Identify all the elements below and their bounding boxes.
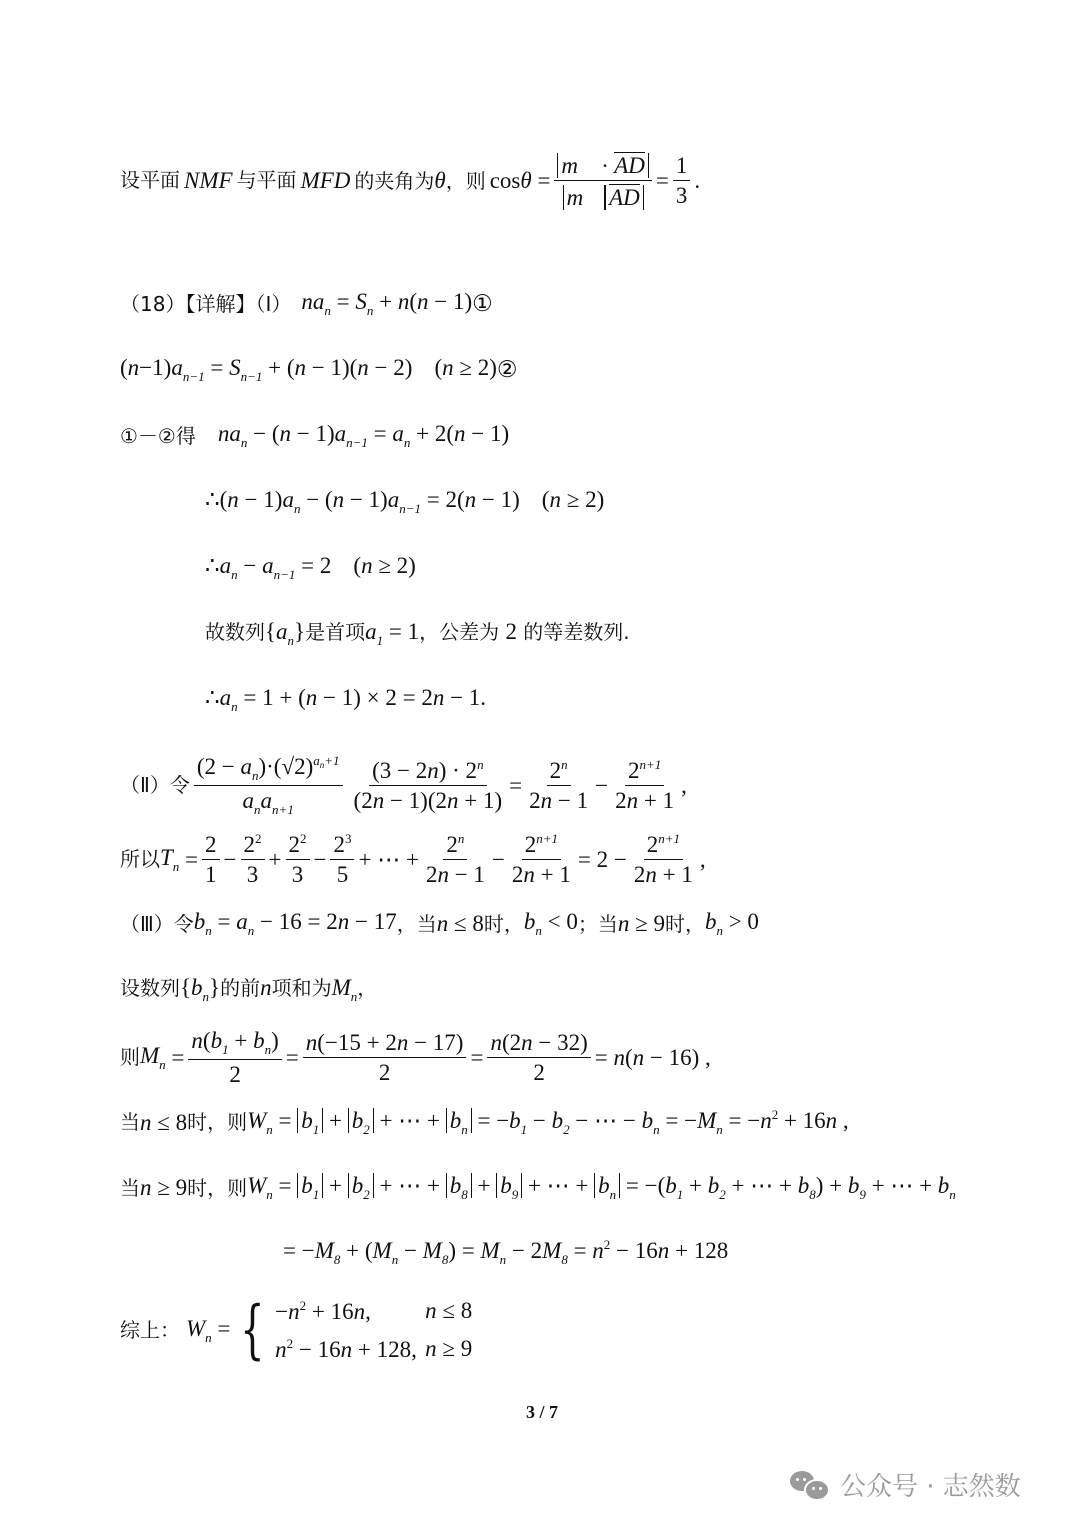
q18-conclusion-line: 故数列{an}是首项a1 = 1，公差为 2 的等差数列. [205,620,630,647]
conclusion: 故数列{an}是首项a1 = 1，公差为 2 的等差数列. [205,620,630,647]
q18-eq5-line: ∴an − an−1 = 2(n ≥ 2) [205,554,416,581]
eq1: nan = Sn + n(n − 1) [301,290,472,317]
eq3: nan − (n − 1)an−1 = an + 2(n − 1) [218,422,509,449]
case2-cont-line: = −M8 + (Mn − M8) = Mn − 2M8 = n2 − 16n … [283,1238,728,1266]
left-brace: { [241,1298,265,1362]
frac1: (2 − an)·(√2)an+1 anan+1 [194,754,343,816]
one-third: 13 [673,154,691,207]
cos-label: cosθ = [490,169,551,192]
eq2: (n−1)an−1 = Sn−1 + (n − 1)(n − 2)(n ≥ 2) [120,356,497,383]
summary-label: 综上： [120,1320,180,1340]
wechat-icon [790,1469,830,1501]
text-prefix: 设平面 [120,170,180,190]
tn-label: 所以 [120,849,160,869]
case1-line: 当n ≤ 8时，则 Wn = b1 + b2 + ⋯ + bn = −b1 − … [120,1108,849,1136]
fraction-denominator: m⃗AD [560,181,647,209]
angle-cosine-line: 设平面 NMF 与平面 MFD 的夹角为θ，则 cosθ = m⃗ · AD m… [120,140,700,220]
summary-line: 综上： Wn = { −n2 + 16n,n ≤ 8 n2 − 16n + 12… [120,1292,472,1368]
eq5: ∴an − an−1 = 2(n ≥ 2) [205,554,416,581]
q18-eq4-line: ∴(n − 1)an − (n − 1)an−1 = 2(n − 1)(n ≥ … [205,488,604,515]
piecewise-cases: −n2 + 16n,n ≤ 8 n2 − 16n + 128,n ≥ 9 [275,1299,472,1361]
q18-eq3-line: ①－②得 nan − (n − 1)an−1 = an + 2(n − 1) [120,422,509,449]
frac3: 2n2n − 1 [526,758,591,812]
tn-line: 所以 Tn = 21− 223+ 223− 235+ ⋯ + 2n2n − 1−… [120,826,706,892]
part3-label: （Ⅲ）令 [120,914,194,934]
part3-def-line: （Ⅲ）令 bn = an − 16 = 2n − 17 ，当n ≤ 8时， bn… [120,910,759,937]
watermark: 公众号 · 志然数 [790,1466,1021,1503]
document-page: 设平面 NMF 与平面 MFD 的夹角为θ，则 cosθ = m⃗ · AD m… [0,0,1080,1526]
eq6: ∴an = 1 + (n − 1) × 2 = 2n − 1. [205,686,486,713]
fraction-numerator: m⃗ · AD [554,152,652,181]
page-number: 3 / 7 [526,1402,558,1423]
circled-1: ① [472,292,493,315]
watermark-text: 公众号 · 志然数 [840,1466,1021,1503]
plane-mfd: MFD [301,169,351,192]
mn-line: 则Mn = n(b1 + bn)2= n(−15 + 2n − 17)2= n(… [120,1026,711,1088]
part2-label: （Ⅱ）令 [120,775,190,795]
text-suffix: 的夹角为θ，则 [354,169,485,192]
q18-eq2-line: (n−1)an−1 = Sn−1 + (n − 1)(n − 2)(n ≥ 2)… [120,356,518,383]
text-mid: 与平面 [237,170,297,190]
period: . [694,169,700,192]
case2-line: 当n ≥ 9时，则 Wn = b1 + b2 + ⋯ + b8 + b9 + ⋯… [120,1174,956,1201]
eq4: ∴(n − 1)an − (n − 1)an−1 = 2(n − 1)(n ≥ … [205,488,604,515]
circled-2: ② [497,358,518,381]
q18-label: （18）【详解】（Ⅰ） [120,294,291,314]
eq3-label: ①－②得 [120,426,196,446]
part3-sum-def-line: 设数列{bn}的前n项和为Mn， [120,976,377,1003]
frac2: (3 − 2n) · 2n (2n − 1)(2n + 1) [351,758,506,812]
cos-fraction: m⃗ · AD m⃗AD [554,152,652,209]
part2-line: （Ⅱ）令 (2 − an)·(√2)an+1 anan+1 (3 − 2n) ·… [120,750,687,820]
equals: = [656,169,669,192]
q18-eq6-line: ∴an = 1 + (n − 1) × 2 = 2n − 1. [205,686,486,713]
q18-eq1-line: （18）【详解】（Ⅰ） nan = Sn + n(n − 1) ① [120,290,493,317]
plane-nmf: NMF [184,169,233,192]
frac4: 2n+12n + 1 [612,758,677,812]
